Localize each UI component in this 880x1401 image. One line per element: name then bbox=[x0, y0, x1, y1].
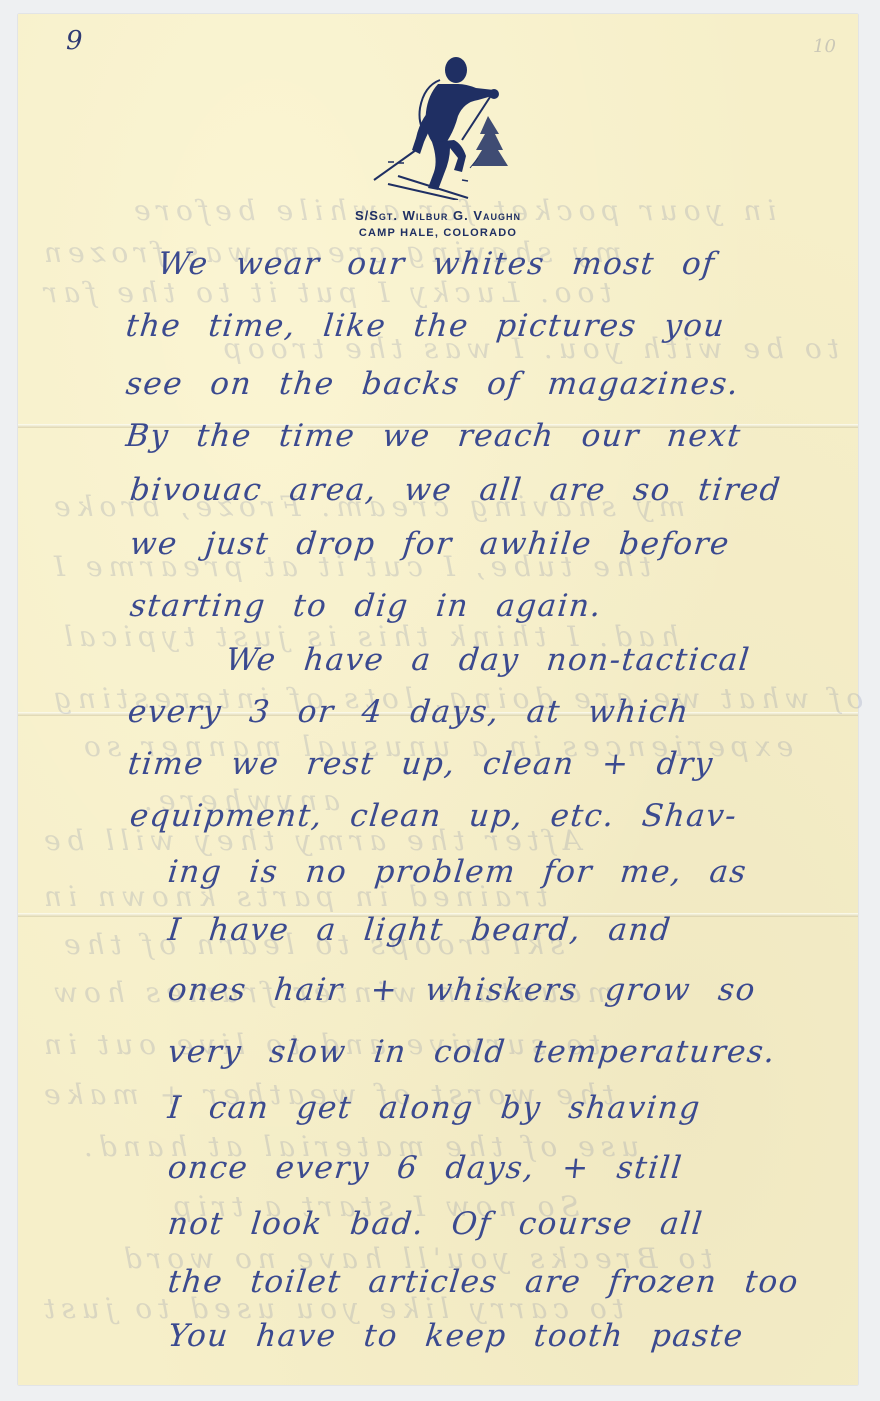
handwritten-line: the time, like the pictures you bbox=[124, 308, 727, 344]
handwritten-line: By the time we reach our next bbox=[124, 418, 743, 454]
handwritten-line: very slow in cold temperatures. bbox=[166, 1034, 778, 1070]
letter-page: in your pocket for awhile before my shav… bbox=[18, 14, 858, 1385]
handwritten-line: time we rest up, clean + dry bbox=[126, 746, 715, 782]
handwritten-line: You have to keep tooth paste bbox=[166, 1318, 745, 1354]
handwritten-line: equipment, clean up, etc. Shav- bbox=[128, 798, 739, 834]
handwritten-line: bivouac area, we all are so tired bbox=[128, 472, 783, 508]
skier-icon bbox=[358, 50, 518, 200]
handwritten-line: I have a light beard, and bbox=[166, 912, 673, 948]
sender-location: CAMP HALE, COLORADO bbox=[18, 227, 858, 239]
handwritten-line: We have a day non-tactical bbox=[224, 642, 752, 678]
handwritten-line: starting to dig in again. bbox=[128, 588, 604, 624]
handwritten-line: see on the backs of magazines. bbox=[124, 366, 741, 402]
handwritten-line: the toilet articles are frozen too bbox=[166, 1264, 801, 1300]
handwritten-line: every 3 or 4 days, at which bbox=[126, 694, 691, 730]
letterhead: S/Sgt. Wilbur G. Vaughn CAMP HALE, COLOR… bbox=[18, 50, 858, 239]
handwritten-line: ing is no problem for me, as bbox=[166, 854, 749, 890]
handwritten-line: not look bad. Of course all bbox=[166, 1206, 705, 1242]
handwritten-line: I can get along by shaving bbox=[166, 1090, 703, 1126]
sender-name: S/Sgt. Wilbur G. Vaughn bbox=[18, 208, 858, 223]
handwritten-line: once every 6 days, + still bbox=[166, 1150, 684, 1186]
handwritten-line: We wear our whites most of bbox=[156, 246, 717, 282]
handwritten-line: we just drop for awhile before bbox=[128, 526, 732, 562]
handwritten-line: ones hair + whiskers grow so bbox=[166, 972, 758, 1008]
